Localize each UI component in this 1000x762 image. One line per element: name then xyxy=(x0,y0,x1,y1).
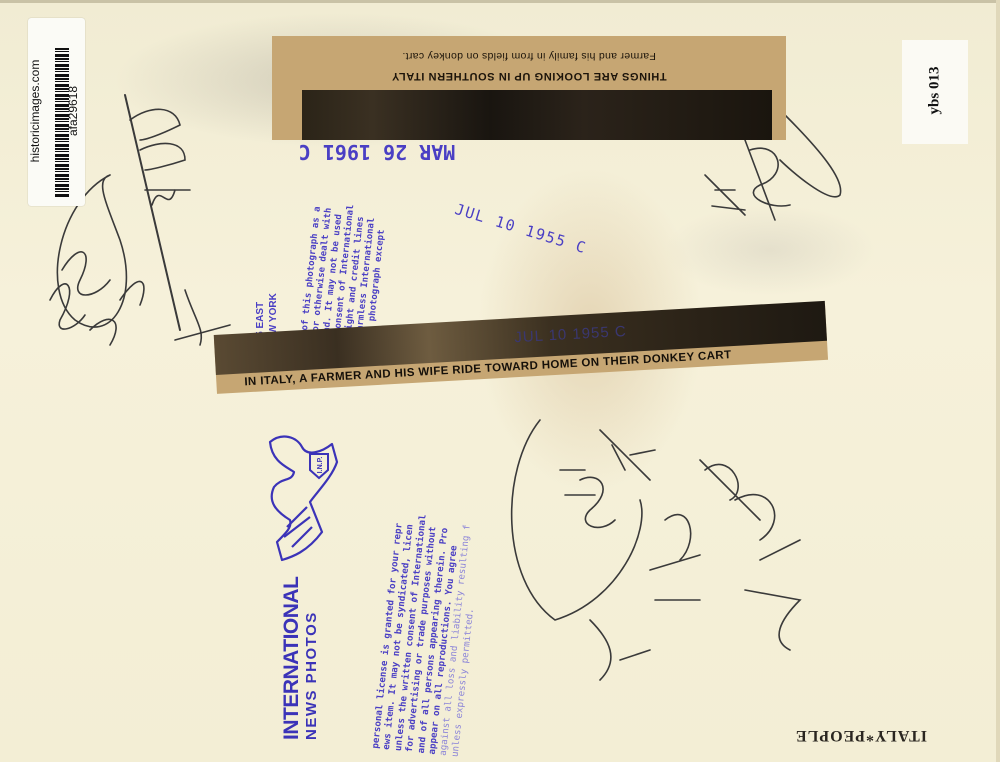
archive-code-text: ybs 013 xyxy=(927,38,944,144)
barcode-code-text: afa29618 xyxy=(66,41,80,181)
paper-edge xyxy=(0,0,1000,3)
license-text-upper: of this photograph as a or otherwise dea… xyxy=(300,201,390,338)
clipping-photo-fragment xyxy=(302,90,772,140)
agency-line-2: NEWS PHOTOS xyxy=(302,577,322,740)
archive-code-label: ybs 013 xyxy=(902,40,968,144)
category-ink-stamp: ITALY*PEOPLE xyxy=(795,726,927,744)
date-stamp-1961: MAR 26 1961 C xyxy=(292,140,462,164)
paper-edge xyxy=(996,0,1000,762)
clipping-caption: Farmer and his family in from fields on … xyxy=(272,50,786,62)
newspaper-clipping-top: THINGS ARE LOOKING UP IN SOUTHERN ITALY … xyxy=(272,36,786,140)
barcode-site-text: historicimages.com xyxy=(28,41,42,181)
inp-logo-text: I.N.P. xyxy=(317,457,324,474)
inp-eagle-logo-icon: I.N.P. xyxy=(262,432,342,562)
clipping-headline: THINGS ARE LOOKING UP IN SOUTHERN ITALY xyxy=(272,70,786,82)
barcode-label: historicimages.com afa29618 xyxy=(28,18,85,206)
agency-line-1: INTERNATIONAL xyxy=(282,577,302,740)
agency-name-stamp: INTERNATIONAL NEWS PHOTOS xyxy=(282,577,322,740)
